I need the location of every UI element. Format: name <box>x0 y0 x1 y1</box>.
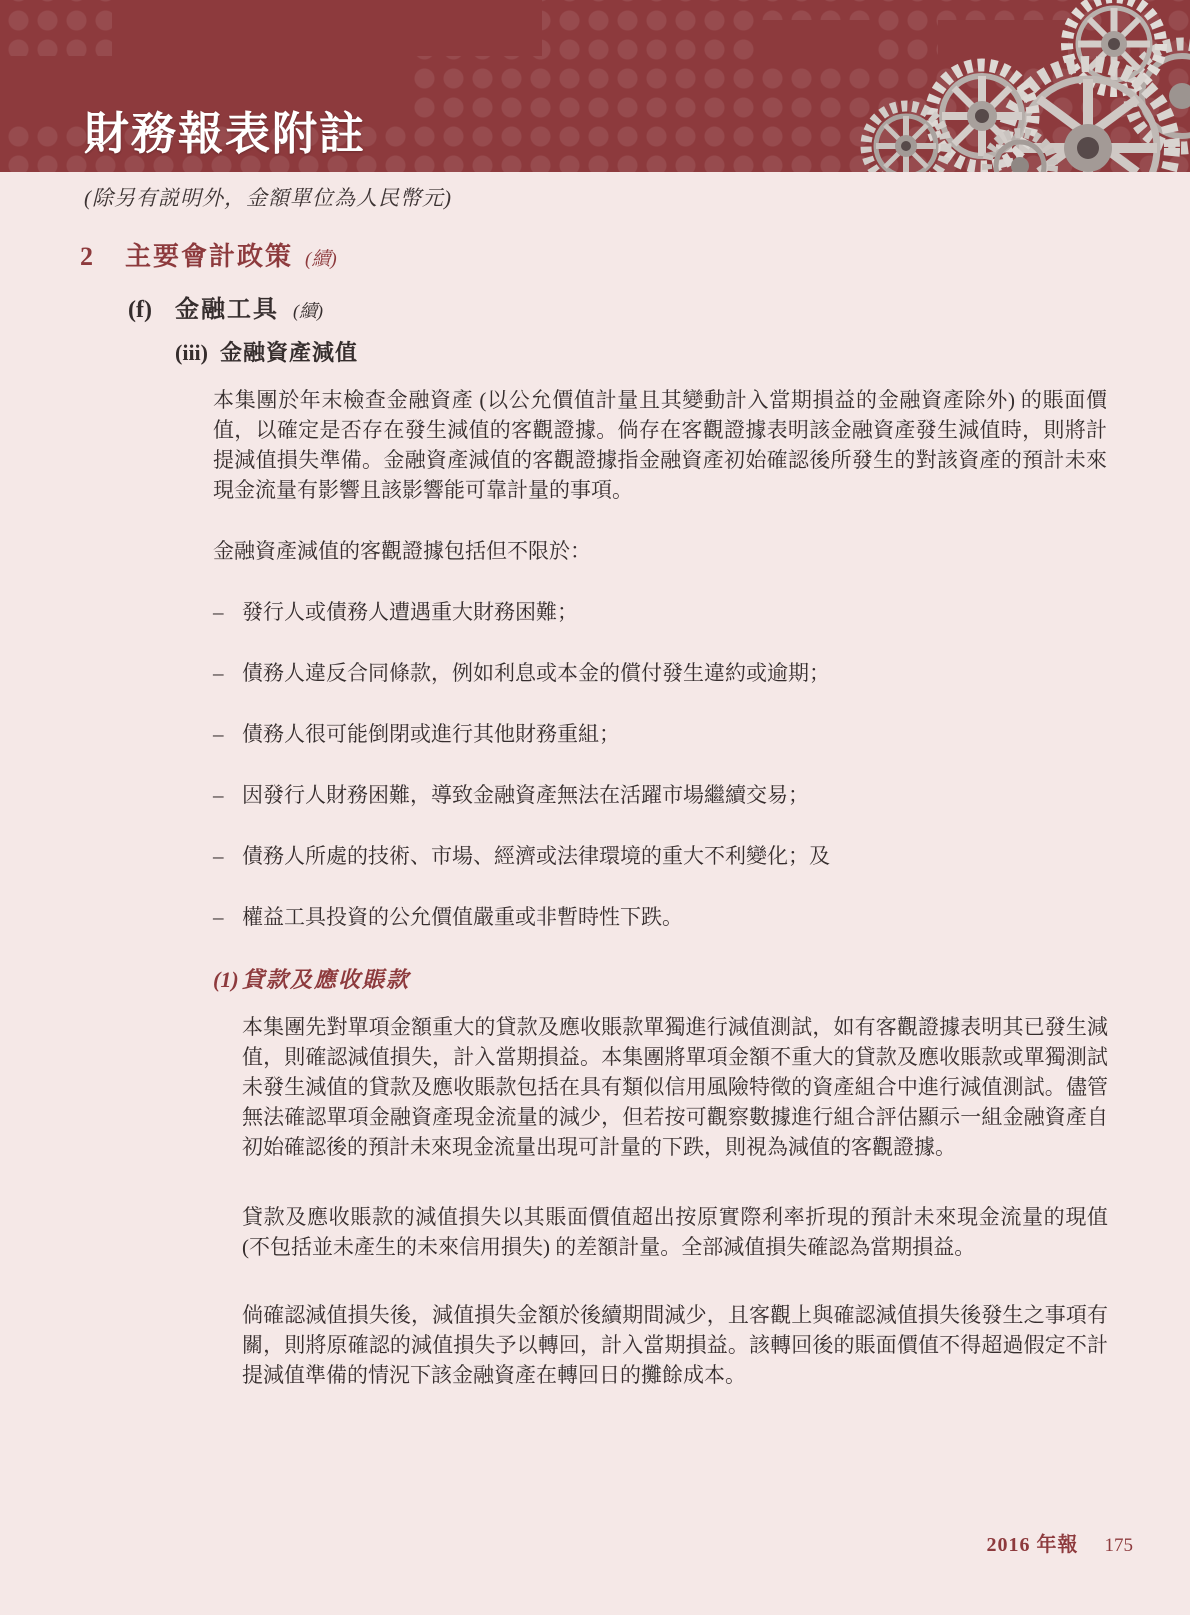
page-header-banner: 財務報表附註 <box>0 0 1190 172</box>
list-item-text: 債務人很可能倒閉或進行其他財務重組； <box>242 719 1107 749</box>
gear-small-left <box>866 106 946 172</box>
list-item: – 因發行人財務困難，導致金融資產無法在活躍市場繼續交易； <box>213 780 1107 810</box>
list-item: – 發行人或債務人遭遇重大財務困難； <box>213 597 1107 627</box>
section-continued-tag: (續) <box>305 244 337 271</box>
list-item: – 債務人違反合同條款，例如利息或本金的償付發生違約或逾期； <box>213 658 1107 688</box>
report-year-label: 2016 年報 <box>987 1534 1079 1556</box>
loans-heading-title: 貸款及應收賬款 <box>242 963 410 994</box>
currency-note: (除另有説明外，金額單位為人民幣元) <box>84 182 1190 212</box>
subsection-f-continued-tag: (續) <box>293 297 323 323</box>
list-item-text: 權益工具投資的公允價值嚴重或非暫時性下跌。 <box>242 902 1107 932</box>
dash-marker: – <box>213 597 242 627</box>
page-title: 財務報表附註 <box>84 97 366 162</box>
loans-paragraph-3: 倘確認減值損失後，減值損失金額於後續期間減少，且客觀上與確認減值損失後發生之事項… <box>242 1300 1108 1390</box>
loans-paragraph-1: 本集團先對單項金額重大的貸款及應收賬款單獨進行減值測試，如有客觀證據表明其已發生… <box>242 1012 1108 1162</box>
list-item-text: 債務人所處的技術、市場、經濟或法律環境的重大不利變化；及 <box>242 841 1107 871</box>
list-item-text: 因發行人財務困難，導致金融資產無法在活躍市場繼續交易； <box>242 780 1107 810</box>
dash-marker: – <box>213 902 242 932</box>
dash-marker: – <box>213 658 242 688</box>
subsection-iii-label: (iii) <box>175 340 220 366</box>
loans-heading-label: (1) <box>213 967 242 993</box>
page-footer: 2016 年報 175 <box>987 1528 1134 1557</box>
impairment-paragraph: 本集團於年末檢查金融資產 (以公允價值計量且其變動計入當期損益的金融資產除外) … <box>213 385 1107 505</box>
gears-icon <box>830 0 1190 172</box>
dot-pattern-gap <box>112 0 542 56</box>
subsection-iii-heading: (iii) 金融資產減值 <box>175 336 1190 367</box>
dash-marker: – <box>213 719 242 749</box>
subsection-f-title: 金融工具 <box>175 289 279 324</box>
section-number: 2 <box>80 242 125 272</box>
dash-marker: – <box>213 780 242 810</box>
page-number: 175 <box>1105 1535 1134 1556</box>
subsection-f-heading: (f) 金融工具 (續) <box>128 289 1190 324</box>
list-item: – 債務人所處的技術、市場、經濟或法律環境的重大不利變化；及 <box>213 841 1107 871</box>
list-item: – 權益工具投資的公允價值嚴重或非暫時性下跌。 <box>213 902 1107 932</box>
dash-marker: – <box>213 841 242 871</box>
list-item-text: 債務人違反合同條款，例如利息或本金的償付發生違約或逾期； <box>242 658 1107 688</box>
section-title: 主要會計政策 <box>125 236 293 273</box>
section-heading: 2 主要會計政策 (續) <box>80 236 1190 273</box>
list-item: – 債務人很可能倒閉或進行其他財務重組； <box>213 719 1107 749</box>
list-item-text: 發行人或債務人遭遇重大財務困難； <box>242 597 1107 627</box>
loans-heading: (1) 貸款及應收賬款 <box>213 963 1190 994</box>
loans-paragraph-2: 貸款及應收賬款的減值損失以其賬面價值超出按原實際利率折現的預計未來現金流量的現值… <box>242 1202 1108 1262</box>
subsection-iii-title: 金融資產減值 <box>220 336 358 367</box>
subsection-f-label: (f) <box>128 297 175 324</box>
impairment-evidence-intro: 金融資產減值的客觀證據包括但不限於： <box>213 536 1107 566</box>
